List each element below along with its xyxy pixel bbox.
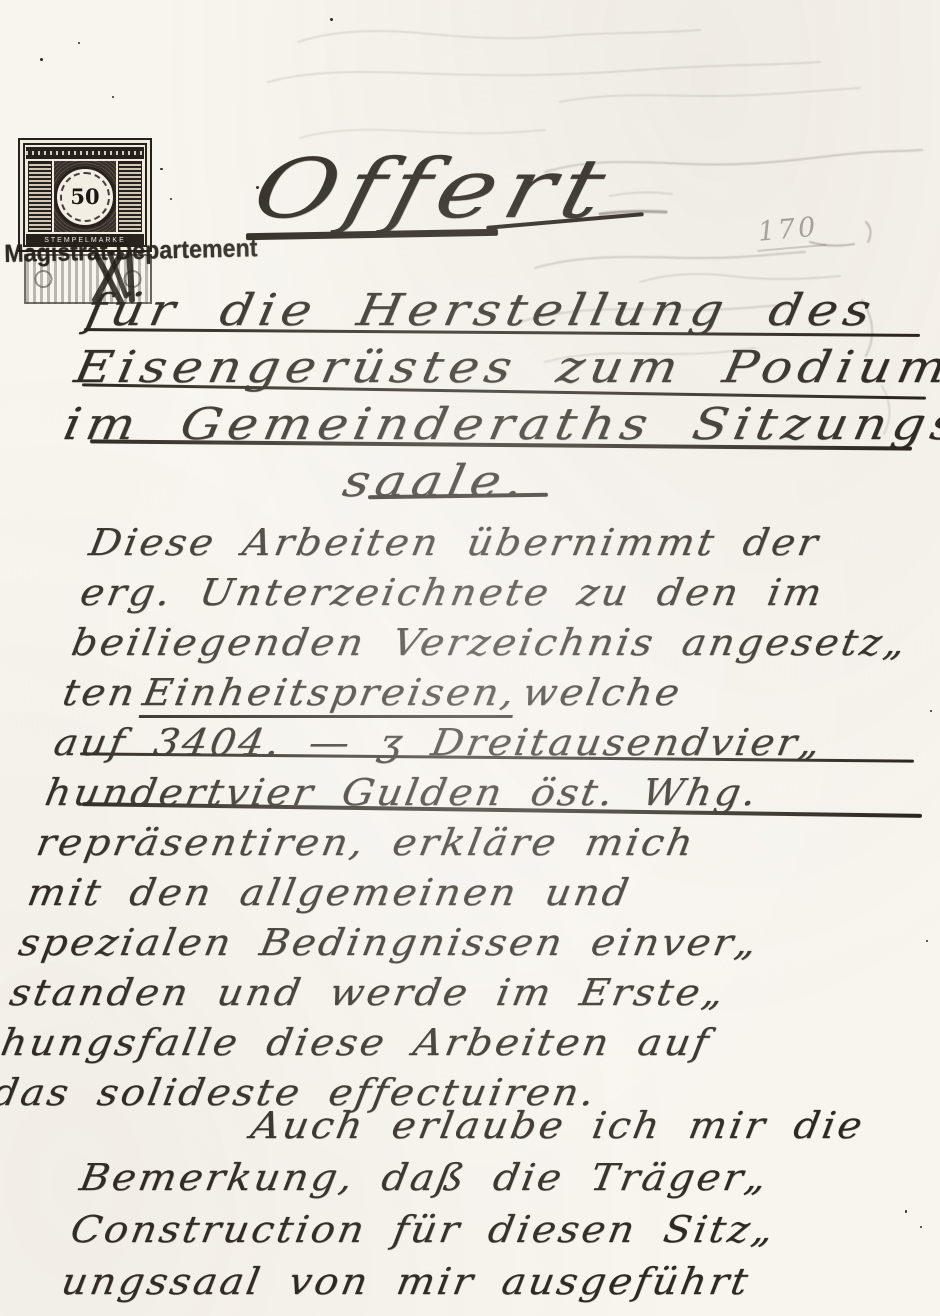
stamp-top-band: [26, 147, 144, 159]
ink-speck: [926, 940, 928, 942]
revenue-stamp: 50 STEMPELMARKE: [18, 138, 152, 252]
body-paragraph-2: Auch erlaube ich mir die Bemerkung, daß …: [57, 1100, 940, 1308]
stamp-center-field: 50: [54, 161, 116, 232]
ink-speck: [256, 186, 259, 189]
handwritten-line: repräsentiren, erkläre mich: [32, 818, 937, 868]
ink-speck: [262, 196, 264, 198]
office-stamp-text: Magistrat-Departement: [4, 234, 258, 269]
handwritten-line: Bemerkung, daß die Träger„: [76, 1152, 940, 1204]
ink-speck: [330, 18, 333, 21]
handwritten-line: spezialen Bedingnissen einver„: [15, 918, 920, 968]
handwritten-line: Construction für diesen Sitz„: [66, 1204, 940, 1256]
ink-speck: [112, 96, 114, 98]
handwritten-line: hungsfalle diese Arbeiten auf: [0, 1018, 902, 1068]
ink-speck: [78, 42, 80, 44]
bleedthrough-number: 170: [755, 211, 826, 252]
ink-speck: [920, 1226, 922, 1228]
handwritten-line: tenEinheitspreisen,welche: [59, 668, 940, 718]
scanned-document-page: 170 50 STEMPELMARKE Magistrat-Departemen…: [0, 0, 940, 1316]
handwritten-line: Diese Arbeiten übernimmt der: [85, 518, 940, 568]
handwritten-line: standen und werde im Erste„: [6, 968, 911, 1018]
handwritten-line: erg. Unterzeichnete zu den im: [76, 568, 940, 618]
body-paragraph-1: Diese Arbeiten übernimmt der erg. Unterz…: [0, 518, 940, 1118]
stamp-denomination: 50: [70, 184, 99, 209]
underlined-word: Einheitspreisen,: [139, 671, 521, 718]
stamp-left-ornament: [28, 161, 52, 232]
subtitle-line: saale.: [48, 453, 825, 510]
ink-speck: [40, 58, 43, 61]
handwritten-line: beiliegenden Verzeichnis angesetz„: [68, 618, 940, 668]
ink-speck: [905, 1210, 907, 1213]
ink-speck: [170, 198, 172, 200]
handwritten-line: mit den allgemeinen und: [23, 868, 928, 918]
ink-speck: [930, 710, 932, 712]
ink-speck: [160, 168, 163, 170]
stamp-value-ring: 50: [54, 166, 116, 228]
handwritten-line: Auch erlaube ich mir die: [85, 1100, 940, 1152]
handwritten-line: ungssaal von mir ausgeführt: [57, 1256, 940, 1308]
stamp-right-ornament: [118, 161, 142, 232]
